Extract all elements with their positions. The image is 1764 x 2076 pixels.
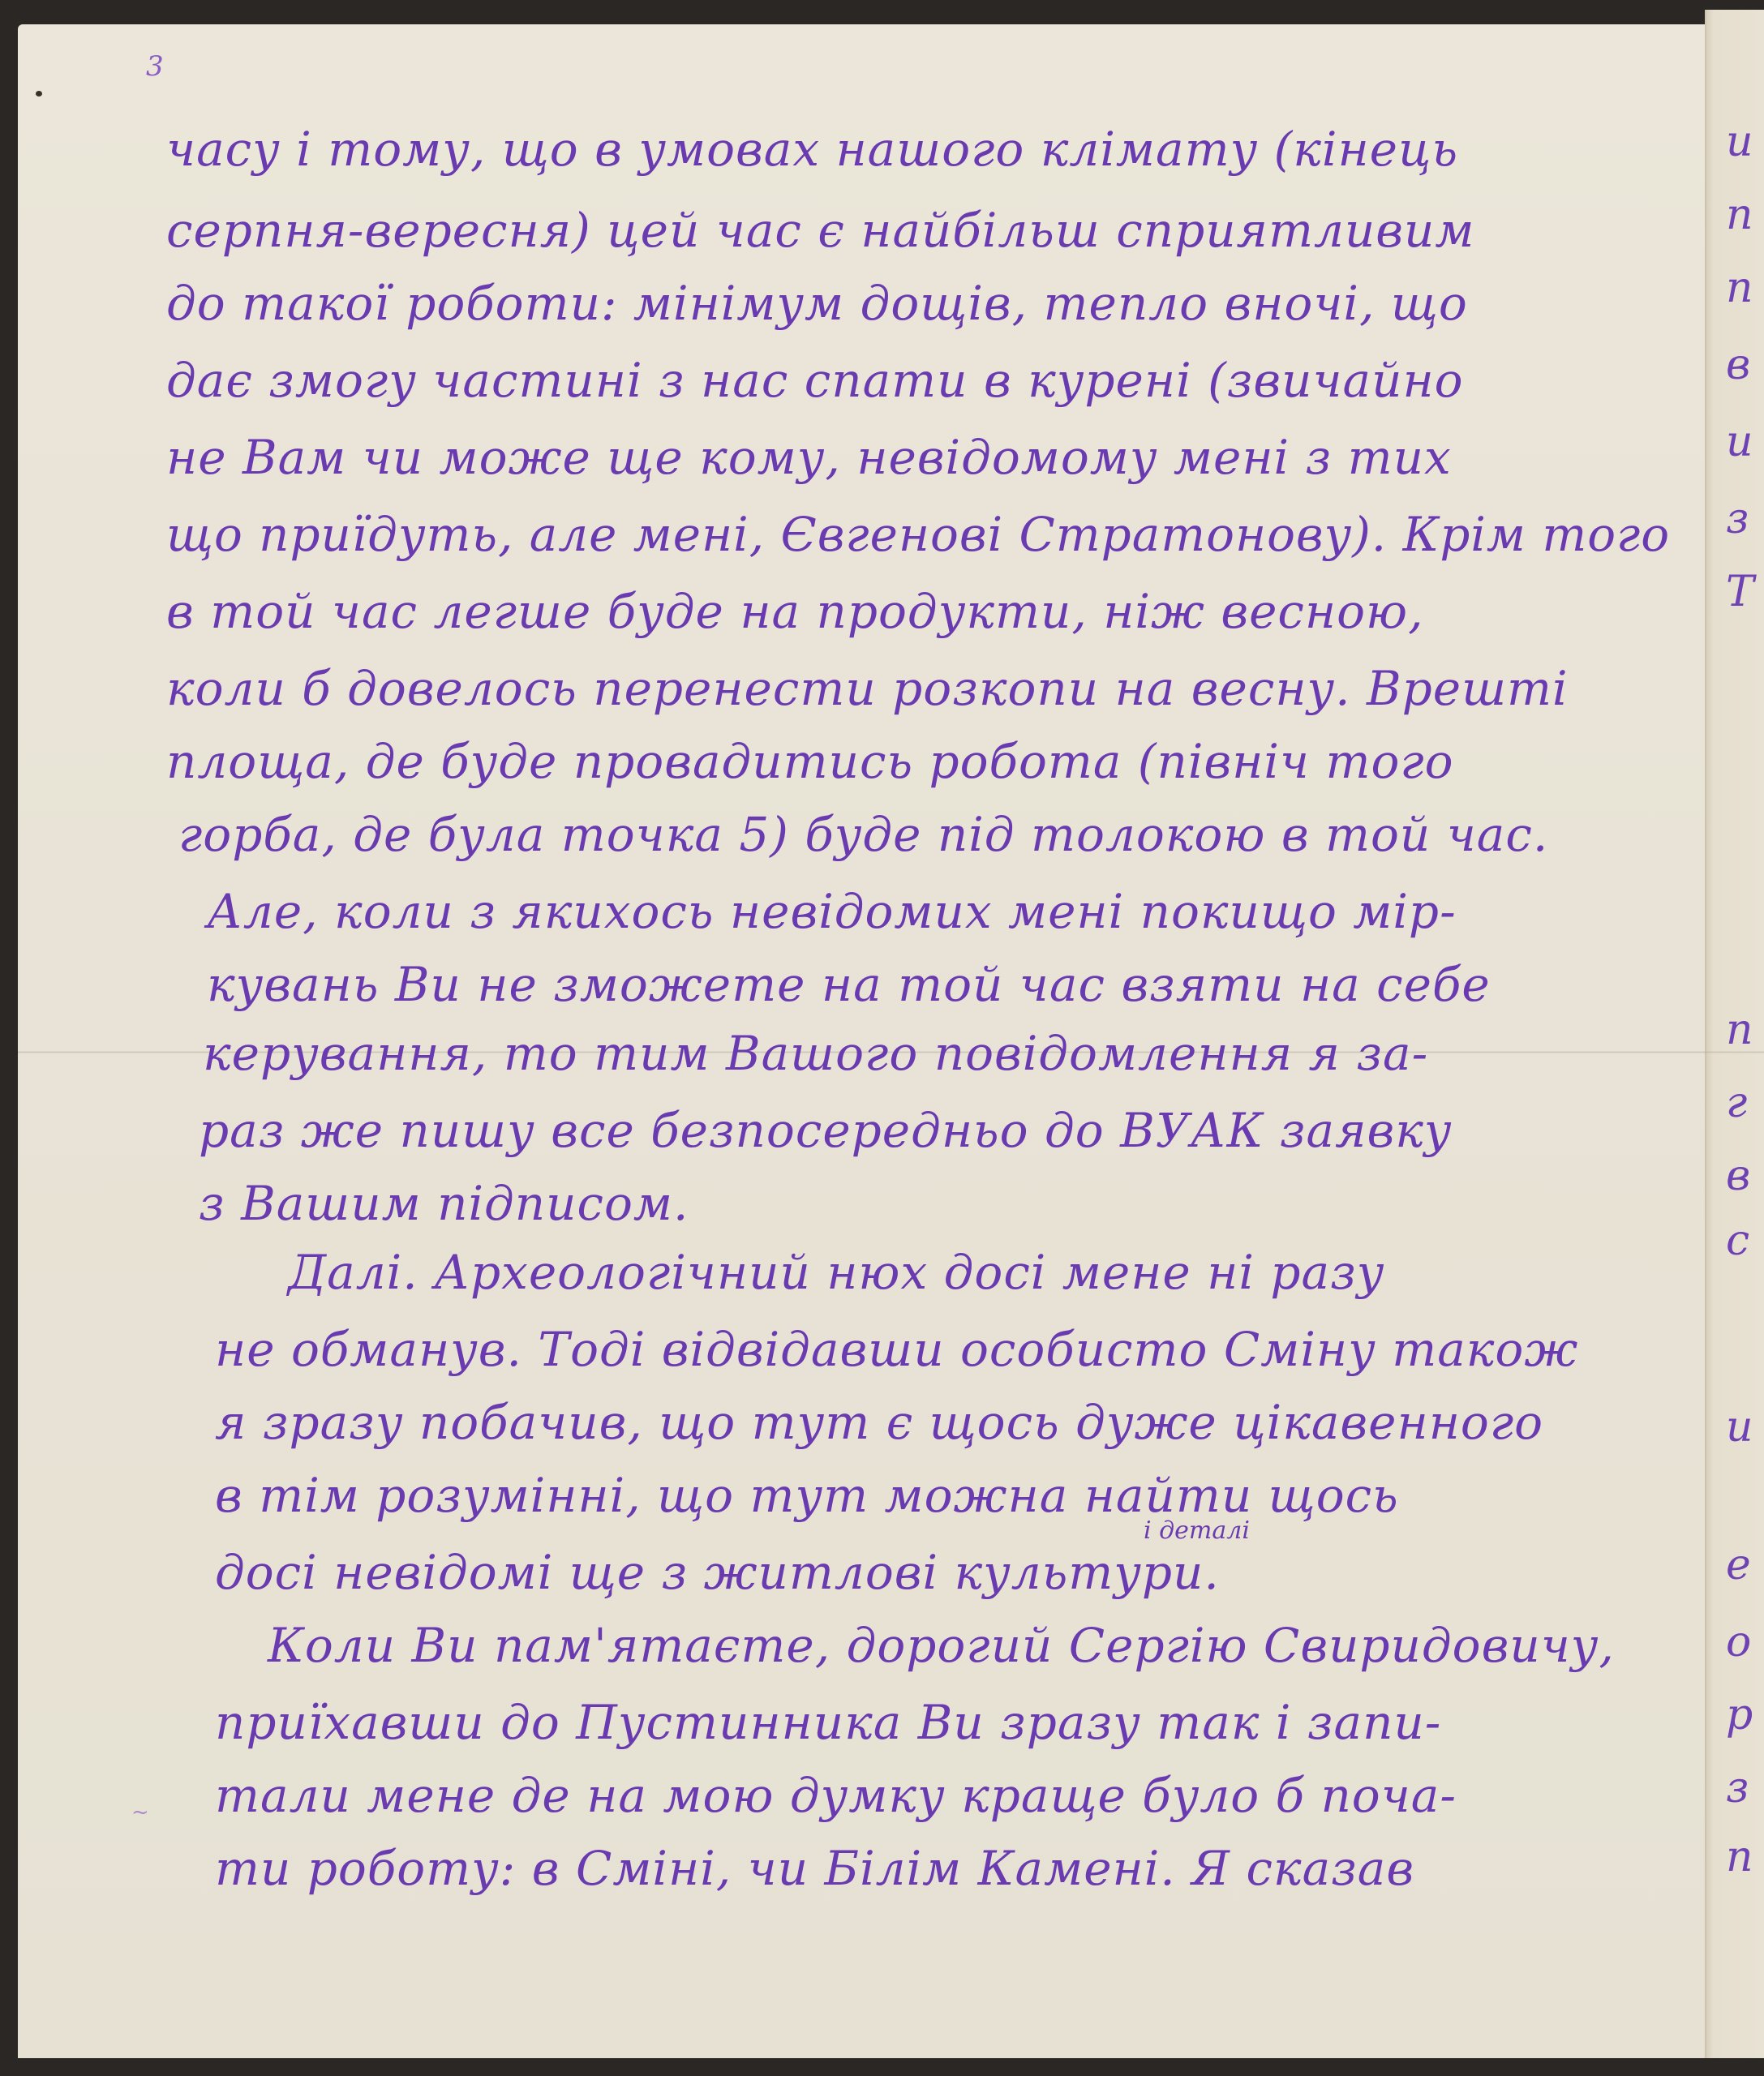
adjacent-line-start: о — [1726, 1618, 1751, 1666]
letter-line: коли б довелось перенести розкопи на вес… — [166, 661, 1569, 716]
adjacent-line-start: п — [1726, 1833, 1753, 1881]
interlinear-insertion: і деталі — [1144, 1516, 1250, 1545]
letter-line: до такої роботи: мінімум дощів, тепло вн… — [166, 276, 1468, 331]
adjacent-line-start: п — [1726, 264, 1753, 312]
adjacent-line-start: п — [1726, 1006, 1753, 1054]
adjacent-line-start: в — [1726, 1152, 1750, 1200]
letter-line: не Вам чи може ще кому, невідомому мені … — [166, 430, 1452, 485]
adjacent-line-start: Т — [1726, 568, 1754, 616]
scan-background-bottom — [0, 2058, 1764, 2076]
letter-line: Коли Ви пам'ятаєте, дорогий Сергію Свири… — [268, 1618, 1615, 1673]
letter-line: горба, де була точка 5) буде під толокою… — [178, 807, 1548, 862]
letter-line: серпня-вересня) цей час є найбільш сприя… — [166, 203, 1474, 258]
letter-line: кувань Ви не зможете на той час взяти на… — [207, 957, 1491, 1012]
letter-line: не обманув. Тоді відвідавши особисто Смі… — [215, 1322, 1578, 1377]
letter-line: ти роботу: в Сміні, чи Білім Камені. Я с… — [215, 1841, 1414, 1896]
letter-line: Але, коли з якихось невідомих мені покищ… — [207, 884, 1457, 939]
letter-line: з Вашим підписом. — [199, 1176, 689, 1231]
adjacent-line-start: з — [1726, 495, 1749, 543]
adjacent-line-start: в — [1726, 341, 1750, 389]
letter-line: що приїдуть, але мені, Євгенові Стратоно… — [166, 507, 1670, 562]
letter-line: часу і тому, що в умовах нашого клімату … — [166, 122, 1458, 177]
adjacent-line-start: и — [1726, 1403, 1753, 1452]
adjacent-line-start: п — [1726, 191, 1753, 239]
letter-line: площа, де буде провадитись робота (півні… — [166, 734, 1454, 789]
page-number: 3 — [146, 50, 164, 83]
letter-line: досі невідомі ще з житлові культури. — [215, 1545, 1220, 1600]
scan-background-left — [0, 0, 18, 2076]
adjacent-line-start: г — [1726, 1079, 1747, 1127]
ink-spot — [36, 91, 42, 97]
stray-ink-mark: ~ — [131, 1800, 149, 1825]
letter-line: Далі. Археологічний нюх досі мене ні раз… — [288, 1245, 1384, 1300]
letter-line: я зразу побачив, що тут є щось дуже ціка… — [215, 1395, 1543, 1450]
letter-line: раз же пишу все безпосередньо до ВУАК за… — [199, 1103, 1453, 1158]
letter-line: тали мене де на мою думку краще було б п… — [215, 1768, 1457, 1823]
letter-line: приїхавши до Пустинника Ви зразу так і з… — [215, 1695, 1441, 1750]
letter-line: в той час легше буде на продукти, ніж ве… — [166, 584, 1424, 639]
adjacent-line-start: р — [1726, 1691, 1753, 1739]
letter-line: керування, то тим Вашого повідомлення я … — [203, 1026, 1428, 1081]
adjacent-line-start: з — [1726, 1764, 1749, 1812]
adjacent-line-start: с — [1726, 1216, 1749, 1265]
adjacent-line-start: и — [1726, 418, 1753, 466]
letter-line: в тім розумінні, що тут можна найти щось — [215, 1468, 1399, 1523]
adjacent-line-start: е — [1726, 1541, 1751, 1589]
letter-line: дає змогу частині з нас спати в курені (… — [166, 353, 1464, 408]
adjacent-line-start: и — [1726, 118, 1753, 166]
